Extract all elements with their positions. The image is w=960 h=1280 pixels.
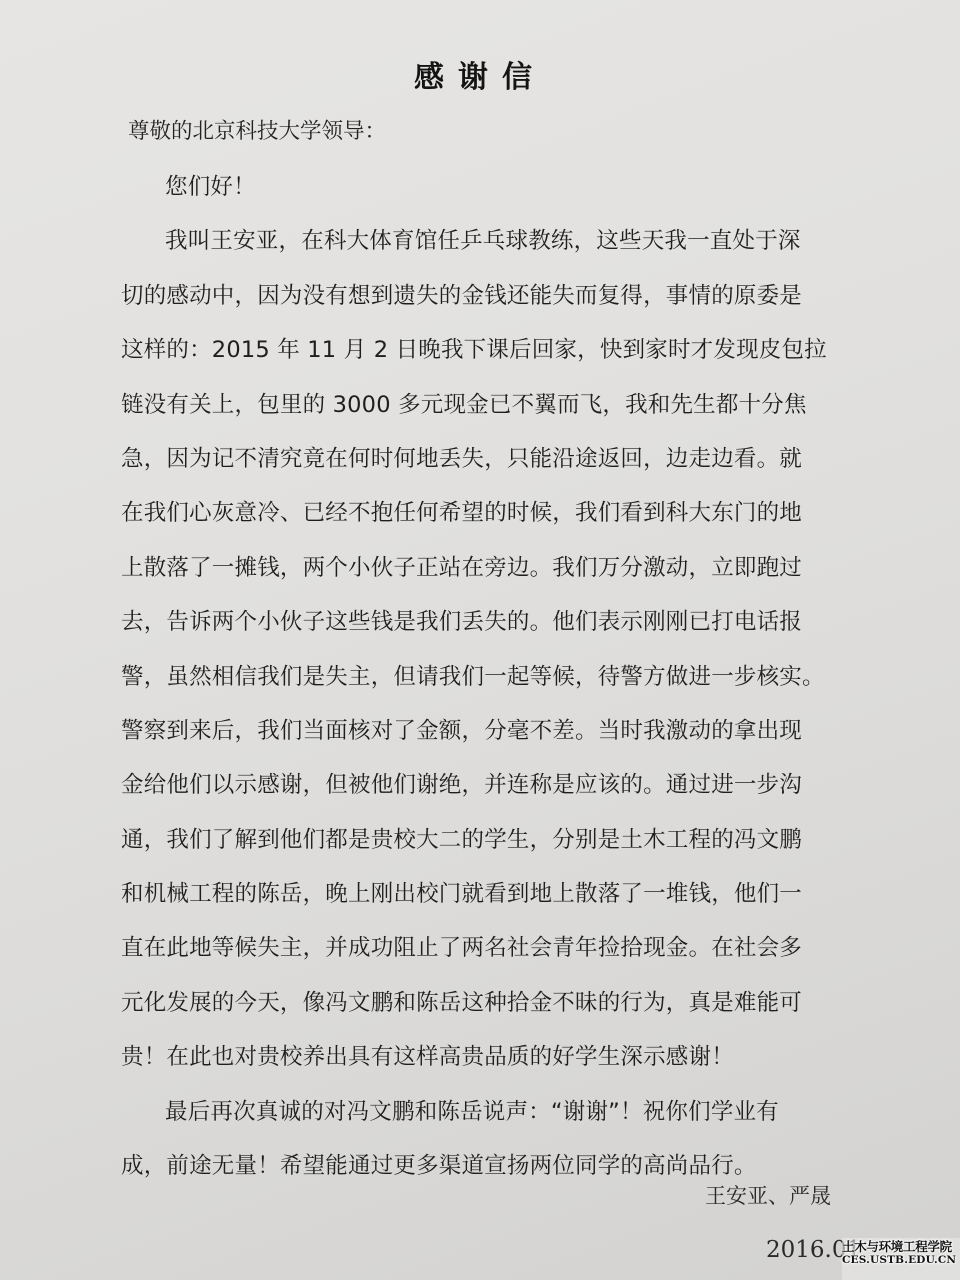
body-line: 切的感动中，因为没有想到遗失的金钱还能失而复得，事情的原委是 [121, 269, 861, 323]
watermark-domain: CES.USTB.EDU.CN [842, 1254, 960, 1267]
body-line: 去，告诉两个小伙子这些钱是我们丢失的。他们表示刚刚已打电话报 [121, 595, 861, 649]
body-line: 我叫王安亚，在科大体育馆任乒乓球教练，这些天我一直处于深 [121, 214, 861, 268]
letter-page: 感谢信 尊敬的北京科技大学领导： 您们好！ 我叫王安亚，在科大体育馆任乒乓球教练… [0, 0, 960, 1280]
body-line: 警察到来后，我们当面核对了金额，分毫不差。当时我激动的拿出现 [121, 704, 861, 758]
body-line: 在我们心灰意冷、已经不抱任何希望的时候，我们看到科大东门的地 [121, 486, 861, 540]
letter-salutation: 尊敬的北京科技大学领导： [128, 114, 386, 145]
body-line: 元化发展的今天，像冯文鹏和陈岳这种拾金不昧的行为，真是难能可 [121, 976, 861, 1030]
watermark-name: 土木与环境工程学院 [842, 1240, 960, 1254]
letter-body: 您们好！ 我叫王安亚，在科大体育馆任乒乓球教练，这些天我一直处于深 切的感动中，… [121, 160, 861, 1193]
body-line: 警，虽然相信我们是失主，但请我们一起等候，待警方做进一步核实。 [121, 650, 861, 704]
body-line: 上散落了一摊钱，两个小伙子正站在旁边。我们万分激动，立即跑过 [121, 541, 861, 595]
body-line: 通，我们了解到他们都是贵校大二的学生，分别是土木工程的冯文鹏 [121, 813, 861, 867]
letter-signature: 王安亚、严晟 [705, 1180, 831, 1210]
watermark: 土木与环境工程学院 CES.USTB.EDU.CN [842, 1240, 960, 1267]
body-line: 链没有关上，包里的 3000 多元现金已不翼而飞，我和先生都十分焦 [121, 378, 861, 432]
body-line: 您们好！ [121, 160, 861, 214]
body-line: 金给他们以示感谢，但被他们谢绝，并连称是应该的。通过进一步沟 [121, 758, 861, 812]
body-line: 这样的：2015 年 11 月 2 日晚我下课后回家，快到家时才发现皮包拉 [121, 323, 861, 377]
body-line: 贵！在此也对贵校养出具有这样高贵品质的好学生深示感谢！ [121, 1030, 861, 1084]
body-line: 最后再次真诚的对冯文鹏和陈岳说声：“谢谢”！祝你们学业有 [121, 1085, 861, 1139]
body-line: 和机械工程的陈岳，晚上刚出校门就看到地上散落了一堆钱，他们一 [121, 867, 861, 921]
letter-title: 感谢信 [0, 52, 960, 96]
body-line: 急，因为记不清究竟在何时何地丢失，只能沿途返回，边走边看。就 [121, 432, 861, 486]
body-line: 直在此地等候失主，并成功阻止了两名社会青年捡拾现金。在社会多 [121, 921, 861, 975]
